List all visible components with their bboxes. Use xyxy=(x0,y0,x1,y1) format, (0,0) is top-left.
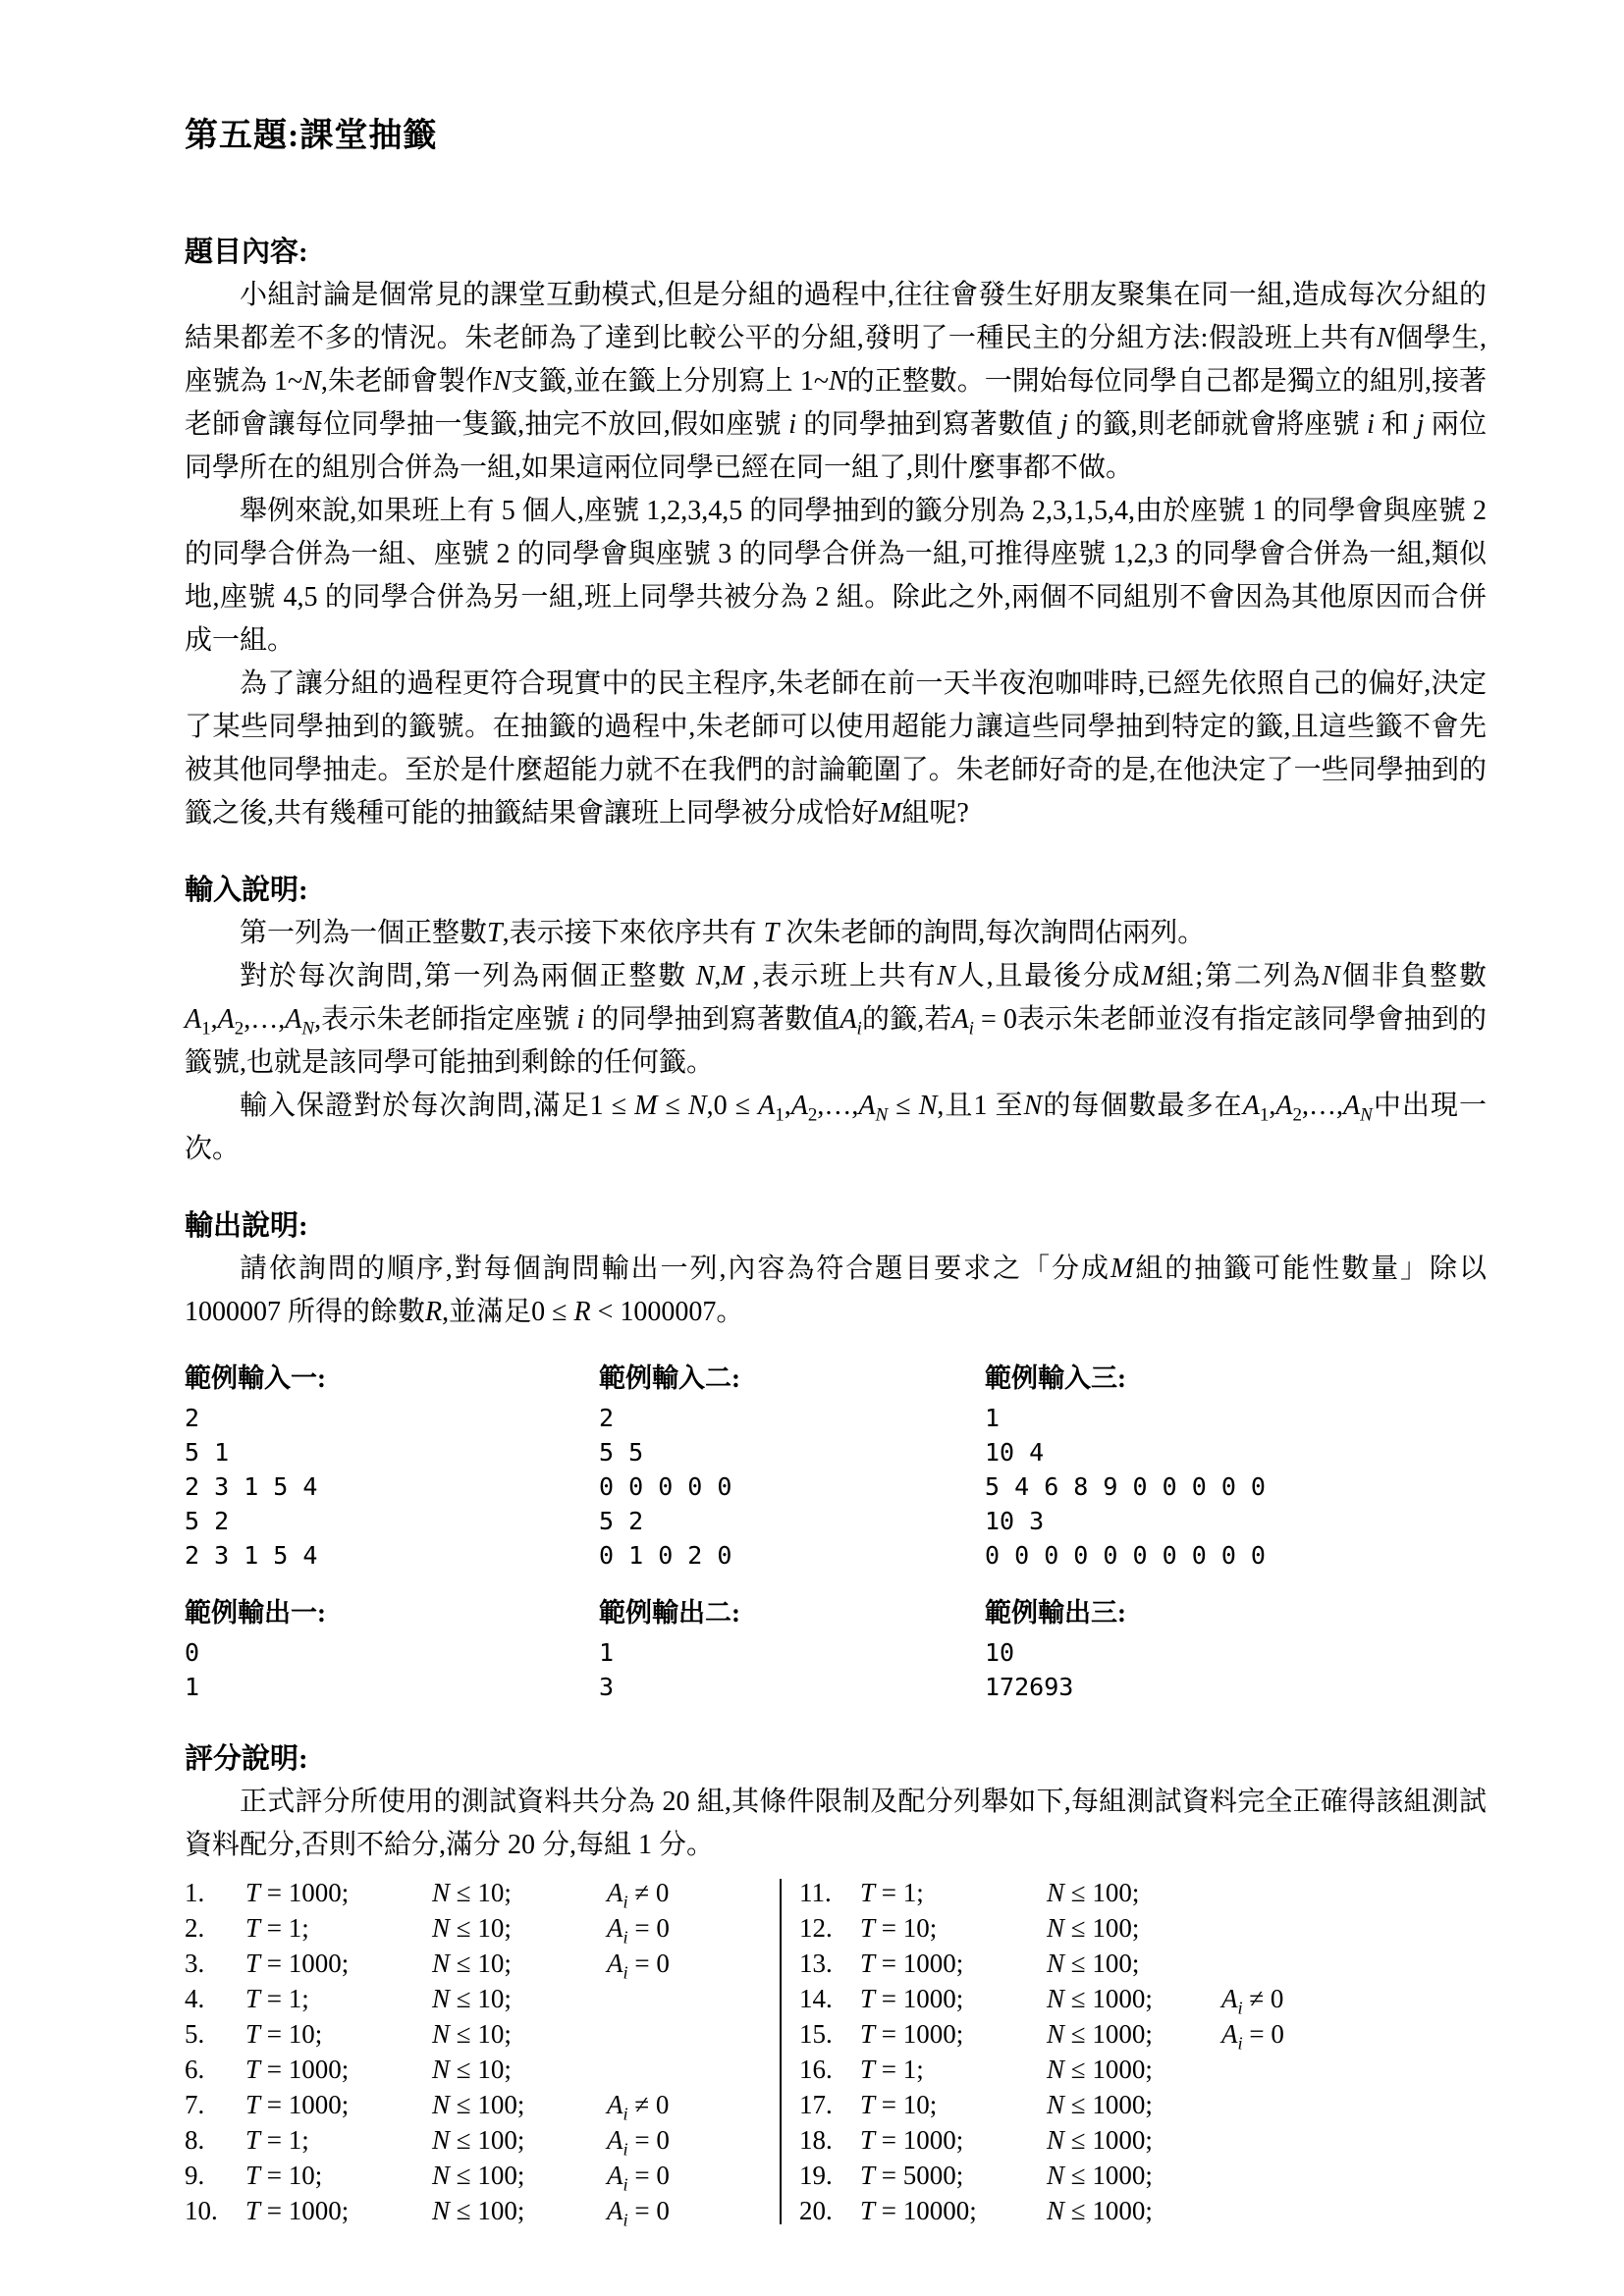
scoring-item: 7.T = 1000;N ≤ 100;Ai ≠ 0 xyxy=(185,2087,780,2122)
condition: T = 10; xyxy=(245,2016,432,2052)
paragraph: 小組討論是個常見的課堂互動模式,但是分組的過程中,往往會發生好朋友聚集在同一組,… xyxy=(185,274,1487,490)
item-number: 2. xyxy=(185,1910,245,1946)
condition: Ai = 0 xyxy=(1221,2016,1487,2052)
condition: T = 1000; xyxy=(860,1946,1047,1981)
sample-output-3: 範例輸出三: 10 172693 xyxy=(985,1596,1487,1704)
condition: Ai = 0 xyxy=(607,1910,780,1946)
condition: N ≤ 1000; xyxy=(1047,2122,1221,2158)
sample-input-2: 範例輸入二: 2 5 5 0 0 0 0 0 5 2 0 1 0 2 0 xyxy=(599,1362,985,1573)
condition: N ≤ 10; xyxy=(432,2052,607,2087)
input-description-header: 輸入說明: xyxy=(185,869,1487,912)
section-output-description: 輸出說明: 請依詢問的順序,對每個詢問輸出一列,內容為符合題目要求之「分成M組的… xyxy=(185,1204,1487,1334)
sample-input-1: 範例輸入一: 2 5 1 2 3 1 5 4 5 2 2 3 1 5 4 xyxy=(185,1362,599,1573)
sample-output-1-label: 範例輸出一: xyxy=(185,1596,599,1629)
condition: Ai = 0 xyxy=(607,1946,780,1981)
item-number: 1. xyxy=(185,1875,245,1910)
sample-output-2-label: 範例輸出二: xyxy=(599,1596,985,1629)
scoring-item: 2.T = 1;N ≤ 10;Ai = 0 xyxy=(185,1910,780,1946)
condition: T = 10; xyxy=(860,1910,1047,1946)
item-number: 16. xyxy=(799,2052,860,2087)
item-number: 6. xyxy=(185,2052,245,2087)
scoring-item: 3.T = 1000;N ≤ 10;Ai = 0 xyxy=(185,1946,780,1981)
paragraph: 正式評分所使用的測試資料共分為 20 組,其條件限制及配分列舉如下,每組測試資料… xyxy=(185,1781,1487,1867)
condition: T = 5000; xyxy=(860,2158,1047,2193)
scoring-item: 4.T = 1;N ≤ 10; xyxy=(185,1981,780,2016)
condition: Ai ≠ 0 xyxy=(1221,1981,1487,2016)
item-number: 8. xyxy=(185,2122,245,2158)
item-number: 13. xyxy=(799,1946,860,1981)
condition: Ai = 0 xyxy=(607,2193,780,2228)
condition: N ≤ 10; xyxy=(432,1910,607,1946)
item-number: 18. xyxy=(799,2122,860,2158)
item-number: 12. xyxy=(799,1910,860,1946)
sample-input-2-code: 2 5 5 0 0 0 0 0 5 2 0 1 0 2 0 xyxy=(599,1401,985,1573)
item-number: 5. xyxy=(185,2016,245,2052)
scoring-item: 11.T = 1;N ≤ 100; xyxy=(799,1875,1487,1910)
condition: N ≤ 100; xyxy=(432,2158,607,2193)
condition: T = 1000; xyxy=(245,2193,432,2228)
sample-output-2-code: 1 3 xyxy=(599,1635,985,1704)
condition: N ≤ 100; xyxy=(432,2193,607,2228)
condition: N ≤ 100; xyxy=(432,2122,607,2158)
scoring-item: 15.T = 1000;N ≤ 1000;Ai = 0 xyxy=(799,2016,1487,2052)
scoring-item: 5.T = 10;N ≤ 10; xyxy=(185,2016,780,2052)
condition: T = 1; xyxy=(860,2052,1047,2087)
output-description-header: 輸出說明: xyxy=(185,1204,1487,1248)
item-number: 20. xyxy=(799,2193,860,2228)
sample-inputs-row: 範例輸入一: 2 5 1 2 3 1 5 4 5 2 2 3 1 5 4 範例輸… xyxy=(185,1362,1487,1573)
condition: T = 1; xyxy=(245,2122,432,2158)
item-number: 7. xyxy=(185,2087,245,2122)
scoring-item: 18.T = 1000;N ≤ 1000; xyxy=(799,2122,1487,2158)
problem-content-header: 題目內容: xyxy=(185,231,1487,274)
scoring-item: 17.T = 10;N ≤ 1000; xyxy=(799,2087,1487,2122)
scoring-item: 16.T = 1;N ≤ 1000; xyxy=(799,2052,1487,2087)
section-scoring: 評分說明: 正式評分所使用的測試資料共分為 20 組,其條件限制及配分列舉如下,… xyxy=(185,1737,1487,2228)
condition: N ≤ 10; xyxy=(432,1875,607,1910)
item-number: 4. xyxy=(185,1981,245,2016)
paragraph: 對於每次詢問,第一列為兩個正整數 N,M ,表示班上共有N人,且最後分成M組;第… xyxy=(185,955,1487,1085)
condition: T = 1000; xyxy=(245,1946,432,1981)
condition: N ≤ 1000; xyxy=(1047,2016,1221,2052)
sample-output-3-code: 10 172693 xyxy=(985,1635,1487,1704)
condition: N ≤ 100; xyxy=(1047,1946,1221,1981)
paragraph: 輸入保證對於每次詢問,滿足1 ≤ M ≤ N,0 ≤ A1,A2,…,AN ≤ … xyxy=(185,1085,1487,1171)
problem-title: 第五題:課堂抽籤 xyxy=(185,108,1487,156)
condition: Ai ≠ 0 xyxy=(607,1875,780,1910)
condition: N ≤ 1000; xyxy=(1047,2158,1221,2193)
sample-input-3-label: 範例輸入三: xyxy=(985,1362,1487,1395)
sample-output-1-code: 0 1 xyxy=(185,1635,599,1704)
condition: N ≤ 1000; xyxy=(1047,2052,1221,2087)
sample-input-1-label: 範例輸入一: xyxy=(185,1362,599,1395)
item-number: 3. xyxy=(185,1946,245,1981)
scoring-item: 13.T = 1000;N ≤ 100; xyxy=(799,1946,1487,1981)
item-number: 10. xyxy=(185,2193,245,2228)
item-number: 14. xyxy=(799,1981,860,2016)
condition: N ≤ 10; xyxy=(432,1946,607,1981)
scoring-item: 12.T = 10;N ≤ 100; xyxy=(799,1910,1487,1946)
condition: N ≤ 10; xyxy=(432,1981,607,2016)
sample-output-1: 範例輸出一: 0 1 xyxy=(185,1596,599,1704)
condition: T = 1000; xyxy=(860,2122,1047,2158)
condition: N ≤ 100; xyxy=(1047,1875,1221,1910)
condition: N ≤ 10; xyxy=(432,2016,607,2052)
condition: T = 1; xyxy=(245,1910,432,1946)
condition: N ≤ 100; xyxy=(432,2087,607,2122)
condition: T = 1; xyxy=(860,1875,1047,1910)
condition: T = 10; xyxy=(245,2158,432,2193)
condition: T = 10000; xyxy=(860,2193,1047,2228)
sample-output-2: 範例輸出二: 1 3 xyxy=(599,1596,985,1704)
paragraph: 請依詢問的順序,對每個詢問輸出一列,內容為符合題目要求之「分成M組的抽籤可能性數… xyxy=(185,1248,1487,1334)
item-number: 11. xyxy=(799,1875,860,1910)
condition: Ai ≠ 0 xyxy=(607,2087,780,2122)
scoring-item: 1.T = 1000;N ≤ 10;Ai ≠ 0 xyxy=(185,1875,780,1910)
condition: T = 10; xyxy=(860,2087,1047,2122)
condition: N ≤ 100; xyxy=(1047,1910,1221,1946)
item-number: 15. xyxy=(799,2016,860,2052)
condition: N ≤ 1000; xyxy=(1047,2087,1221,2122)
section-input-description: 輸入說明: 第一列為一個正整數T,表示接下來依序共有 T 次朱老師的詢問,每次詢… xyxy=(185,869,1487,1171)
scoring-item: 8.T = 1;N ≤ 100;Ai = 0 xyxy=(185,2122,780,2158)
condition: Ai = 0 xyxy=(607,2122,780,2158)
scoring-list: 1.T = 1000;N ≤ 10;Ai ≠ 02.T = 1;N ≤ 10;A… xyxy=(185,1875,1487,2228)
paragraph: 第一列為一個正整數T,表示接下來依序共有 T 次朱老師的詢問,每次詢問佔兩列。 xyxy=(185,912,1487,955)
scoring-header: 評分說明: xyxy=(185,1737,1487,1781)
paragraph: 為了讓分組的過程更符合現實中的民主程序,朱老師在前一天半夜泡咖啡時,已經先依照自… xyxy=(185,663,1487,835)
condition: T = 1000; xyxy=(245,2087,432,2122)
condition: N ≤ 1000; xyxy=(1047,2193,1221,2228)
sample-outputs-row: 範例輸出一: 0 1 範例輸出二: 1 3 範例輸出三: 10 172693 xyxy=(185,1596,1487,1704)
sample-input-1-code: 2 5 1 2 3 1 5 4 5 2 2 3 1 5 4 xyxy=(185,1401,599,1573)
scoring-item: 20.T = 10000;N ≤ 1000; xyxy=(799,2193,1487,2228)
section-problem-content: 題目內容: 小組討論是個常見的課堂互動模式,但是分組的過程中,往往會發生好朋友聚… xyxy=(185,231,1487,835)
item-number: 19. xyxy=(799,2158,860,2193)
document-page: 第五題:課堂抽籤 題目內容: 小組討論是個常見的課堂互動模式,但是分組的過程中,… xyxy=(0,0,1624,2296)
sample-input-3-code: 1 10 4 5 4 6 8 9 0 0 0 0 0 10 3 0 0 0 0 … xyxy=(985,1401,1487,1573)
scoring-item: 9.T = 10;N ≤ 100;Ai = 0 xyxy=(185,2158,780,2193)
scoring-item: 10.T = 1000;N ≤ 100;Ai = 0 xyxy=(185,2193,780,2228)
scoring-column-right: 11.T = 1;N ≤ 100;12.T = 10;N ≤ 100;13.T … xyxy=(782,1875,1487,2228)
condition: T = 1000; xyxy=(245,1875,432,1910)
scoring-item: 14.T = 1000;N ≤ 1000;Ai ≠ 0 xyxy=(799,1981,1487,2016)
paragraph: 舉例來說,如果班上有 5 個人,座號 1,2,3,4,5 的同學抽到的籤分別為 … xyxy=(185,490,1487,663)
scoring-item: 6.T = 1000;N ≤ 10; xyxy=(185,2052,780,2087)
item-number: 9. xyxy=(185,2158,245,2193)
condition: T = 1000; xyxy=(245,2052,432,2087)
condition: N ≤ 1000; xyxy=(1047,1981,1221,2016)
sample-input-2-label: 範例輸入二: xyxy=(599,1362,985,1395)
scoring-item: 19.T = 5000;N ≤ 1000; xyxy=(799,2158,1487,2193)
sample-input-3: 範例輸入三: 1 10 4 5 4 6 8 9 0 0 0 0 0 10 3 0… xyxy=(985,1362,1487,1573)
sample-output-3-label: 範例輸出三: xyxy=(985,1596,1487,1629)
condition: T = 1; xyxy=(245,1981,432,2016)
scoring-column-left: 1.T = 1000;N ≤ 10;Ai ≠ 02.T = 1;N ≤ 10;A… xyxy=(185,1875,780,2228)
condition: T = 1000; xyxy=(860,2016,1047,2052)
condition: T = 1000; xyxy=(860,1981,1047,2016)
condition: Ai = 0 xyxy=(607,2158,780,2193)
item-number: 17. xyxy=(799,2087,860,2122)
